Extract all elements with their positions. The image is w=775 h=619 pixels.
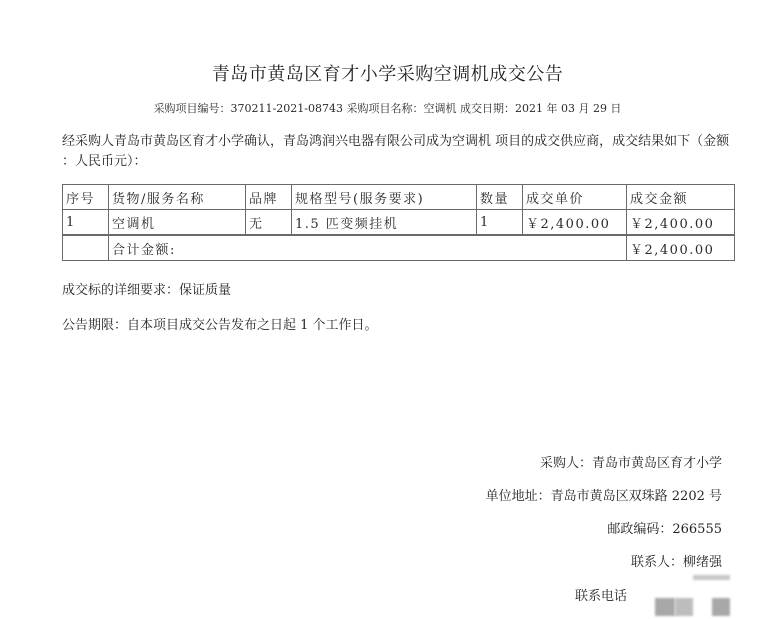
header-goods-name: 货物/服务名称 (109, 185, 246, 210)
total-label: 合计金额: (109, 235, 627, 261)
result-table: 序号 货物/服务名称 品牌 规格型号(服务要求) 数量 成交单价 成交金额 1 … (62, 184, 735, 261)
header-quantity: 数量 (477, 185, 523, 210)
address-line: 单位地址：青岛市黄岛区双珠路 2202 号 (486, 485, 722, 504)
phone-label: 联系电话 (575, 585, 627, 604)
cell-spec: 1.5 匹变频挂机 (292, 210, 477, 236)
total-value: ￥2,400.00 (627, 235, 735, 261)
postcode-line: 邮政编码：266555 (607, 518, 722, 537)
cell-unit-price: ￥2,400.00 (523, 210, 627, 236)
header-spec: 规格型号(服务要求) (292, 185, 477, 210)
header-brand: 品牌 (246, 185, 292, 210)
intro-paragraph: 经采购人青岛市黄岛区育才小学确认，青岛鸿润兴电器有限公司成为空调机 项目的成交供… (62, 132, 732, 172)
cell-goods-name: 空调机 (109, 210, 246, 236)
cell-index: 1 (63, 210, 109, 236)
cell-empty (63, 235, 109, 261)
cell-amount: ￥2,400.00 (627, 210, 735, 236)
project-meta-line: 采购项目编号：370211-2021-08743 采购项目名称：空调机 成交日期… (0, 100, 775, 116)
header-index: 序号 (63, 185, 109, 210)
requirements-text: 成交标的详细要求：保证质量 (62, 279, 231, 298)
period-text: 公告期限：自本项目成交公告发布之日起 1 个工作日。 (62, 314, 378, 333)
cell-quantity: 1 (477, 210, 523, 236)
header-unit-price: 成交单价 (523, 185, 627, 210)
cell-brand: 无 (246, 210, 292, 236)
table-row: 1 空调机 无 1.5 匹变频挂机 1 ￥2,400.00 ￥2,400.00 (63, 210, 735, 236)
notice-title: 青岛市黄岛区育才小学采购空调机成交公告 (0, 60, 775, 86)
contact-line: 联系人：柳绪强 (631, 551, 722, 570)
header-amount: 成交金额 (627, 185, 735, 210)
table-header-row: 序号 货物/服务名称 品牌 规格型号(服务要求) 数量 成交单价 成交金额 (63, 185, 735, 210)
purchaser-line: 采购人：青岛市黄岛区育才小学 (540, 452, 722, 471)
table-total-row: 合计金额: ￥2,400.00 (63, 235, 735, 261)
